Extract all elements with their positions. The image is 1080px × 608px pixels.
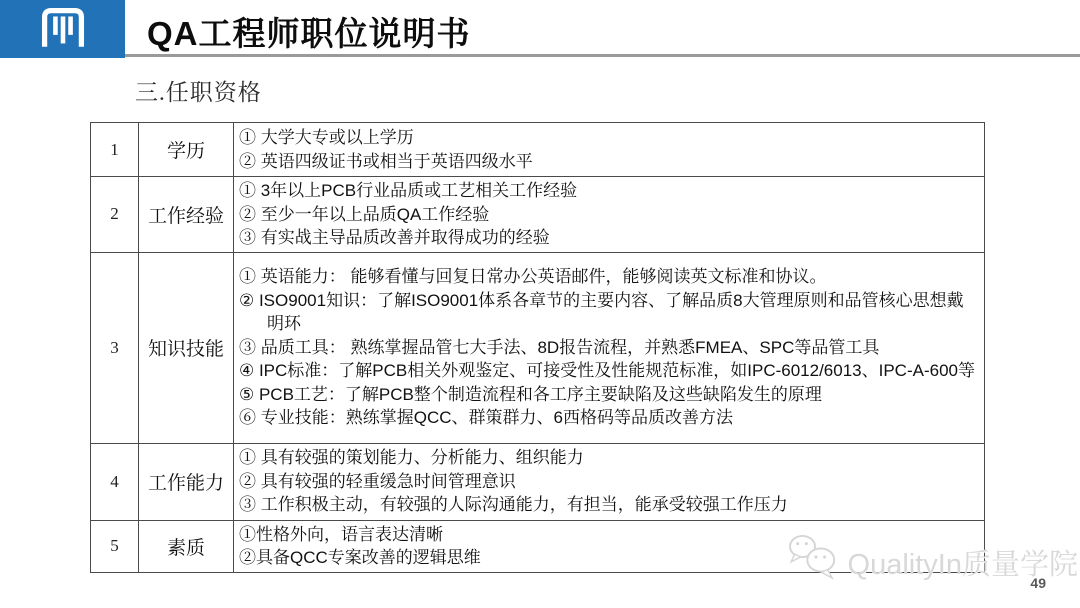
table-row: 4 工作能力 ① 具有较强的策划能力、分析能力、组织能力 ② 具有较强的轻重缓急…: [91, 443, 985, 520]
row-number: 5: [91, 520, 139, 572]
requirement-item: ② 英语四级证书或相当于英语四级水平: [239, 150, 980, 174]
table-row: 3 知识技能 ① 英语能力： 能够看懂与回复日常办公英语邮件，能够阅读英文标准和…: [91, 252, 985, 443]
requirement-item: ④ IPC标准：了解PCB相关外观鉴定、可接受性及性能规范标准，如IPC-601…: [239, 359, 980, 383]
row-number: 1: [91, 123, 139, 177]
requirement-item: ② 至少一年以上品质QA工作经验: [239, 203, 980, 227]
page-number: 49: [1030, 575, 1046, 591]
page-title: QA工程师职位说明书: [147, 8, 471, 55]
requirement-item: ① 英语能力： 能够看懂与回复日常办公英语邮件，能够阅读英文标准和协议。: [239, 265, 980, 289]
requirement-item: ① 大学大专或以上学历: [239, 126, 980, 150]
row-items: ①性格外向，语言表达清晰 ②具备QCC专案改善的逻辑思维: [234, 520, 985, 572]
row-category: 工作经验: [139, 177, 234, 253]
requirement-item: ①性格外向，语言表达清晰: [239, 523, 980, 547]
brand-logo: [0, 0, 125, 58]
requirement-item: ③ 品质工具： 熟练掌握品管七大手法、8D报告流程，并熟悉FMEA、SPC等品管…: [239, 336, 980, 360]
requirement-item: ⑥ 专业技能：熟练掌握QCC、群策群力、6西格码等品质改善方法: [239, 406, 980, 430]
row-number: 4: [91, 443, 139, 520]
row-items: ① 具有较强的策划能力、分析能力、组织能力 ② 具有较强的轻重缓急时间管理意识 …: [234, 443, 985, 520]
section-heading: 三.任职资格: [135, 74, 262, 107]
row-number: 3: [91, 252, 139, 443]
requirement-item: ③ 工作积极主动，有较强的人际沟通能力，有担当，能承受较强工作压力: [239, 493, 980, 517]
requirement-item: ② ISO9001知识：了解ISO9001体系各章节的主要内容、了解品质8大管理…: [239, 289, 980, 336]
table-row: 1 学历 ① 大学大专或以上学历 ② 英语四级证书或相当于英语四级水平: [91, 123, 985, 177]
row-items: ① 3年以上PCB行业品质或工艺相关工作经验 ② 至少一年以上品质QA工作经验 …: [234, 177, 985, 253]
table-row: 2 工作经验 ① 3年以上PCB行业品质或工艺相关工作经验 ② 至少一年以上品质…: [91, 177, 985, 253]
row-category: 学历: [139, 123, 234, 177]
row-number: 2: [91, 177, 139, 253]
row-category: 工作能力: [139, 443, 234, 520]
qualityin-gate-icon: [40, 5, 86, 54]
requirement-item: ③ 有实战主导品质改善并取得成功的经验: [239, 226, 980, 250]
requirement-item: ① 3年以上PCB行业品质或工艺相关工作经验: [239, 179, 980, 203]
requirement-item: ②具备QCC专案改善的逻辑思维: [239, 546, 980, 570]
row-items: ① 大学大专或以上学历 ② 英语四级证书或相当于英语四级水平: [234, 123, 985, 177]
requirement-item: ② 具有较强的轻重缓急时间管理意识: [239, 470, 980, 494]
table-row: 5 素质 ①性格外向，语言表达清晰 ②具备QCC专案改善的逻辑思维: [91, 520, 985, 572]
qualifications-table: 1 学历 ① 大学大专或以上学历 ② 英语四级证书或相当于英语四级水平 2 工作…: [90, 122, 985, 573]
header-divider: [125, 54, 1080, 57]
requirement-item: ⑤ PCB工艺：了解PCB整个制造流程和各工序主要缺陷及这些缺陷发生的原理: [239, 383, 980, 407]
row-category: 知识技能: [139, 252, 234, 443]
requirement-item: ① 具有较强的策划能力、分析能力、组织能力: [239, 446, 980, 470]
row-category: 素质: [139, 520, 234, 572]
row-items: ① 英语能力： 能够看懂与回复日常办公英语邮件，能够阅读英文标准和协议。 ② I…: [234, 252, 985, 443]
